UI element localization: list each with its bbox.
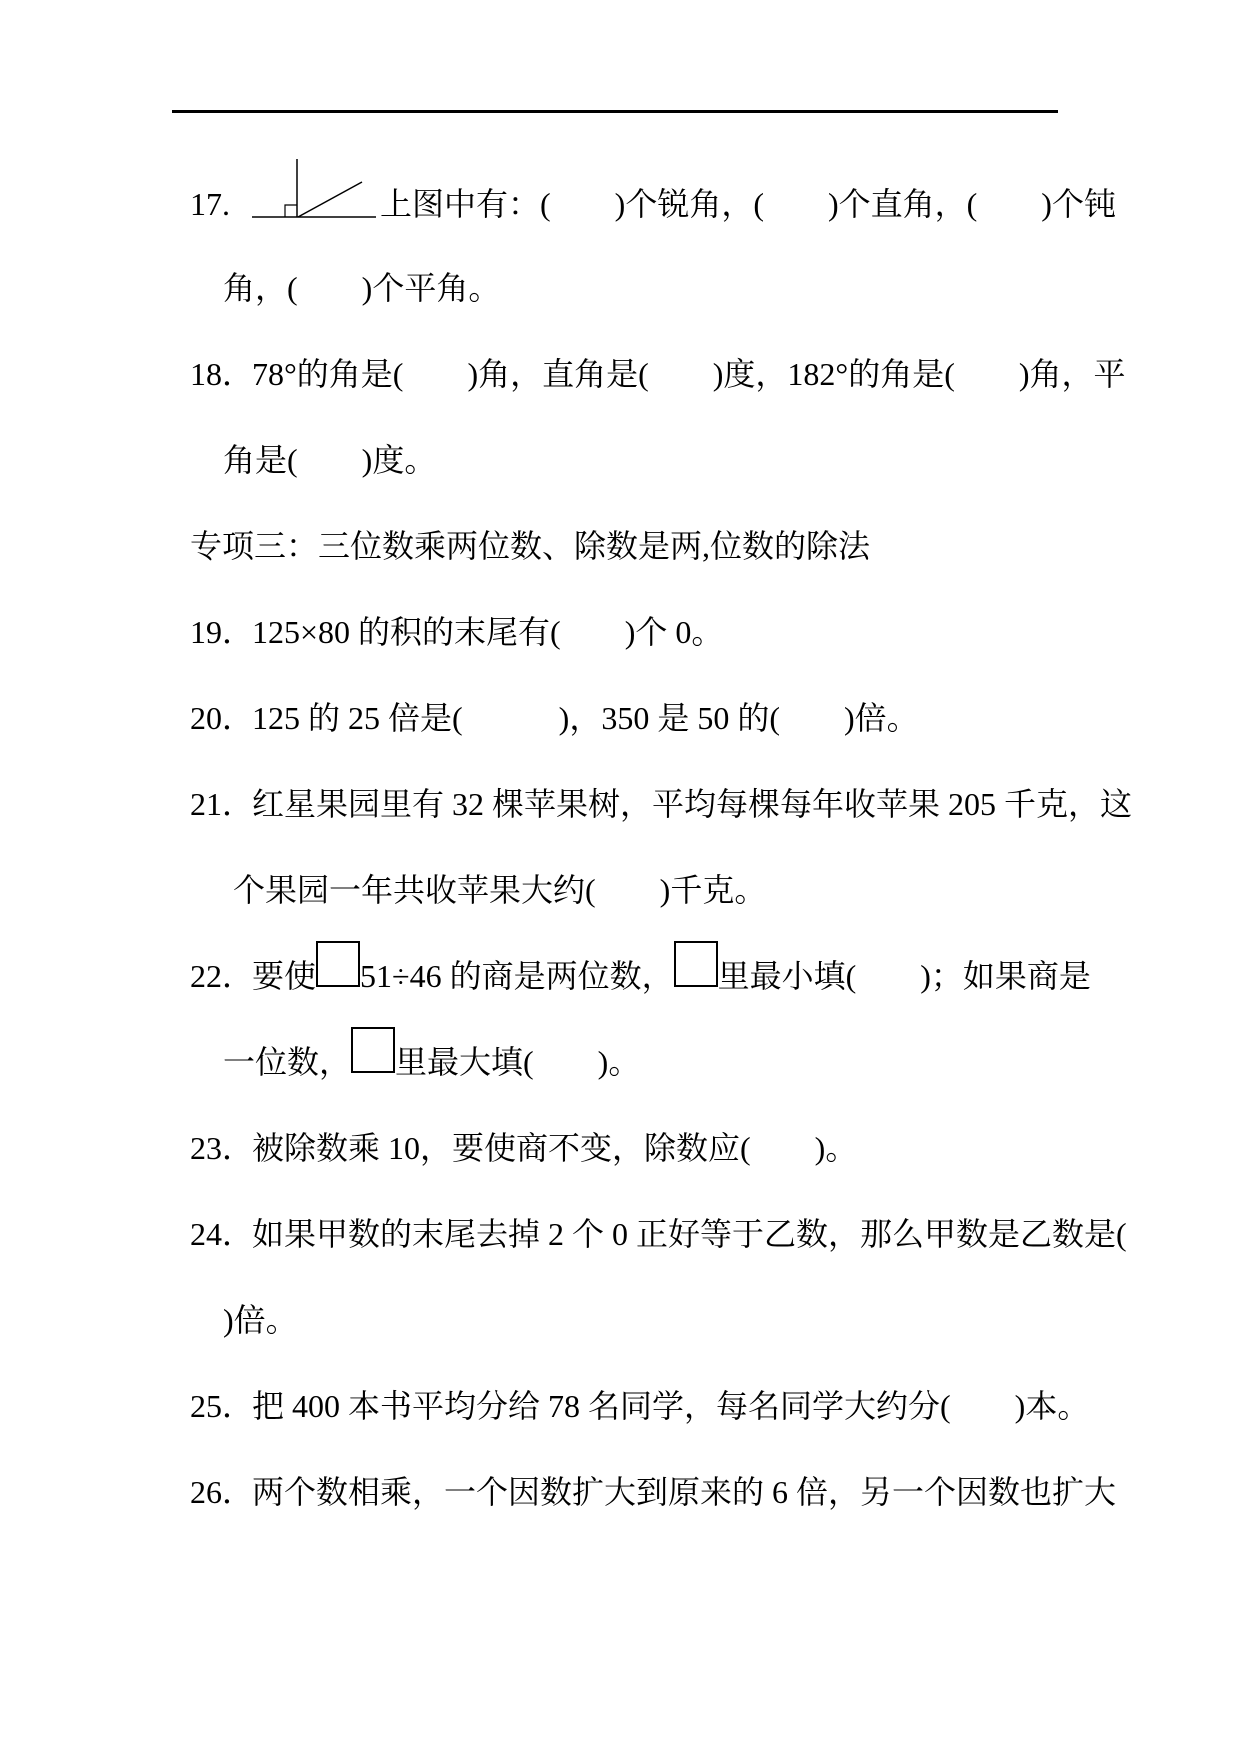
problem-24-line-2: )倍。 [190,1277,1090,1363]
problem-26-line-1: 26．两个数相乘，一个因数扩大到原来的 6 倍，另一个因数也扩大 [190,1449,1090,1535]
problem-21-text-2: 个果园一年共收苹果大约( )千克。 [233,872,766,908]
section-3-header-text: 专项三：三位数乘两位数、除数是两,位数的除法 [190,528,870,564]
problem-21-line-1: 21．红星果园里有 32 棵苹果树，平均每棵每年收苹果 205 千克，这 [190,761,1090,847]
problem-20-text-1: 125 的 25 倍是( )，350 是 50 的( )倍。 [252,700,919,736]
problem-21-line-2: 个果园一年共收苹果大约( )千克。 [190,847,1090,933]
problem-18-number: 18． [190,331,252,417]
problem-18-line-2: 角是( )度。 [190,417,1090,503]
problem-21-number: 21． [190,761,252,847]
problem-22-text-2b: 里最大填( )。 [395,1044,640,1080]
problem-22-text-1b: 51÷46 的商是两位数， [360,958,674,994]
problem-17-text-1: 上图中有：( )个锐角，( )个直角，( )个钝 [380,186,1116,222]
problem-18-text-1: 78°的角是( )角，直角是( )度，182°的角是( )角，平 [252,356,1126,392]
problem-22-line-2: 一位数，里最大填( )。 [190,1019,1090,1105]
problem-17-line-1: 17. 上图中有：( )个锐角，( )个直角，( )个钝 [190,159,1090,245]
angle-diagram [252,159,376,223]
problem-22-text-2a: 一位数， [223,1044,351,1080]
problem-25-number: 25． [190,1363,252,1449]
blank-square-2 [674,941,718,987]
problem-25-text-1: 把 400 本书平均分给 78 名同学，每名同学大约分( )本。 [252,1388,1089,1424]
problem-19-number: 19． [190,589,252,675]
problem-23-text-1: 被除数乘 10，要使商不变，除数应( )。 [252,1130,857,1166]
problem-17-text-2: 角，( )个平角。 [223,270,500,306]
problem-24-line-1: 24．如果甲数的末尾去掉 2 个 0 正好等于乙数，那么甲数是乙数是( [190,1191,1090,1277]
problem-24-text-1: 如果甲数的末尾去掉 2 个 0 正好等于乙数，那么甲数是乙数是( [252,1216,1127,1252]
problem-24-text-2: )倍。 [223,1302,298,1338]
problem-19-text-1: 125×80 的积的末尾有( )个 0。 [252,614,723,650]
section-3-header: 专项三：三位数乘两位数、除数是两,位数的除法 [190,503,1090,589]
problem-24-number: 24． [190,1191,252,1277]
problem-19-line-1: 19．125×80 的积的末尾有( )个 0。 [190,589,1090,675]
worksheet-content: 17. 上图中有：( )个锐角，( )个直角，( )个钝 角，( )个平角。 1… [190,159,1090,1535]
problem-18-line-1: 18．78°的角是( )角，直角是( )度，182°的角是( )角，平 [190,331,1090,417]
problem-23-number: 23． [190,1105,252,1191]
problem-22-text-1c: 里最小填( )；如果商是 [718,958,1091,994]
problem-21-text-1: 红星果园里有 32 棵苹果树，平均每棵每年收苹果 205 千克，这 [252,786,1132,822]
problem-23-line-1: 23．被除数乘 10，要使商不变，除数应( )。 [190,1105,1090,1191]
problem-22-text-1a: 要使 [252,958,316,994]
problem-26-number: 26． [190,1449,252,1535]
blank-square-3 [351,1027,395,1073]
blank-square-1 [316,941,360,987]
problem-25-line-1: 25．把 400 本书平均分给 78 名同学，每名同学大约分( )本。 [190,1363,1090,1449]
problem-20-line-1: 20．125 的 25 倍是( )，350 是 50 的( )倍。 [190,675,1090,761]
problem-18-text-2: 角是( )度。 [223,442,436,478]
problem-22-line-1: 22．要使51÷46 的商是两位数，里最小填( )；如果商是 [190,933,1090,1019]
header-rule [172,110,1058,113]
problem-20-number: 20． [190,675,252,761]
problem-22-number: 22． [190,933,252,1019]
problem-26-text-1: 两个数相乘，一个因数扩大到原来的 6 倍，另一个因数也扩大 [252,1474,1116,1510]
problem-17-number: 17. [190,161,252,247]
problem-17-line-2: 角，( )个平角。 [190,245,1090,331]
worksheet-page: 17. 上图中有：( )个锐角，( )个直角，( )个钝 角，( )个平角。 1… [0,0,1241,1754]
